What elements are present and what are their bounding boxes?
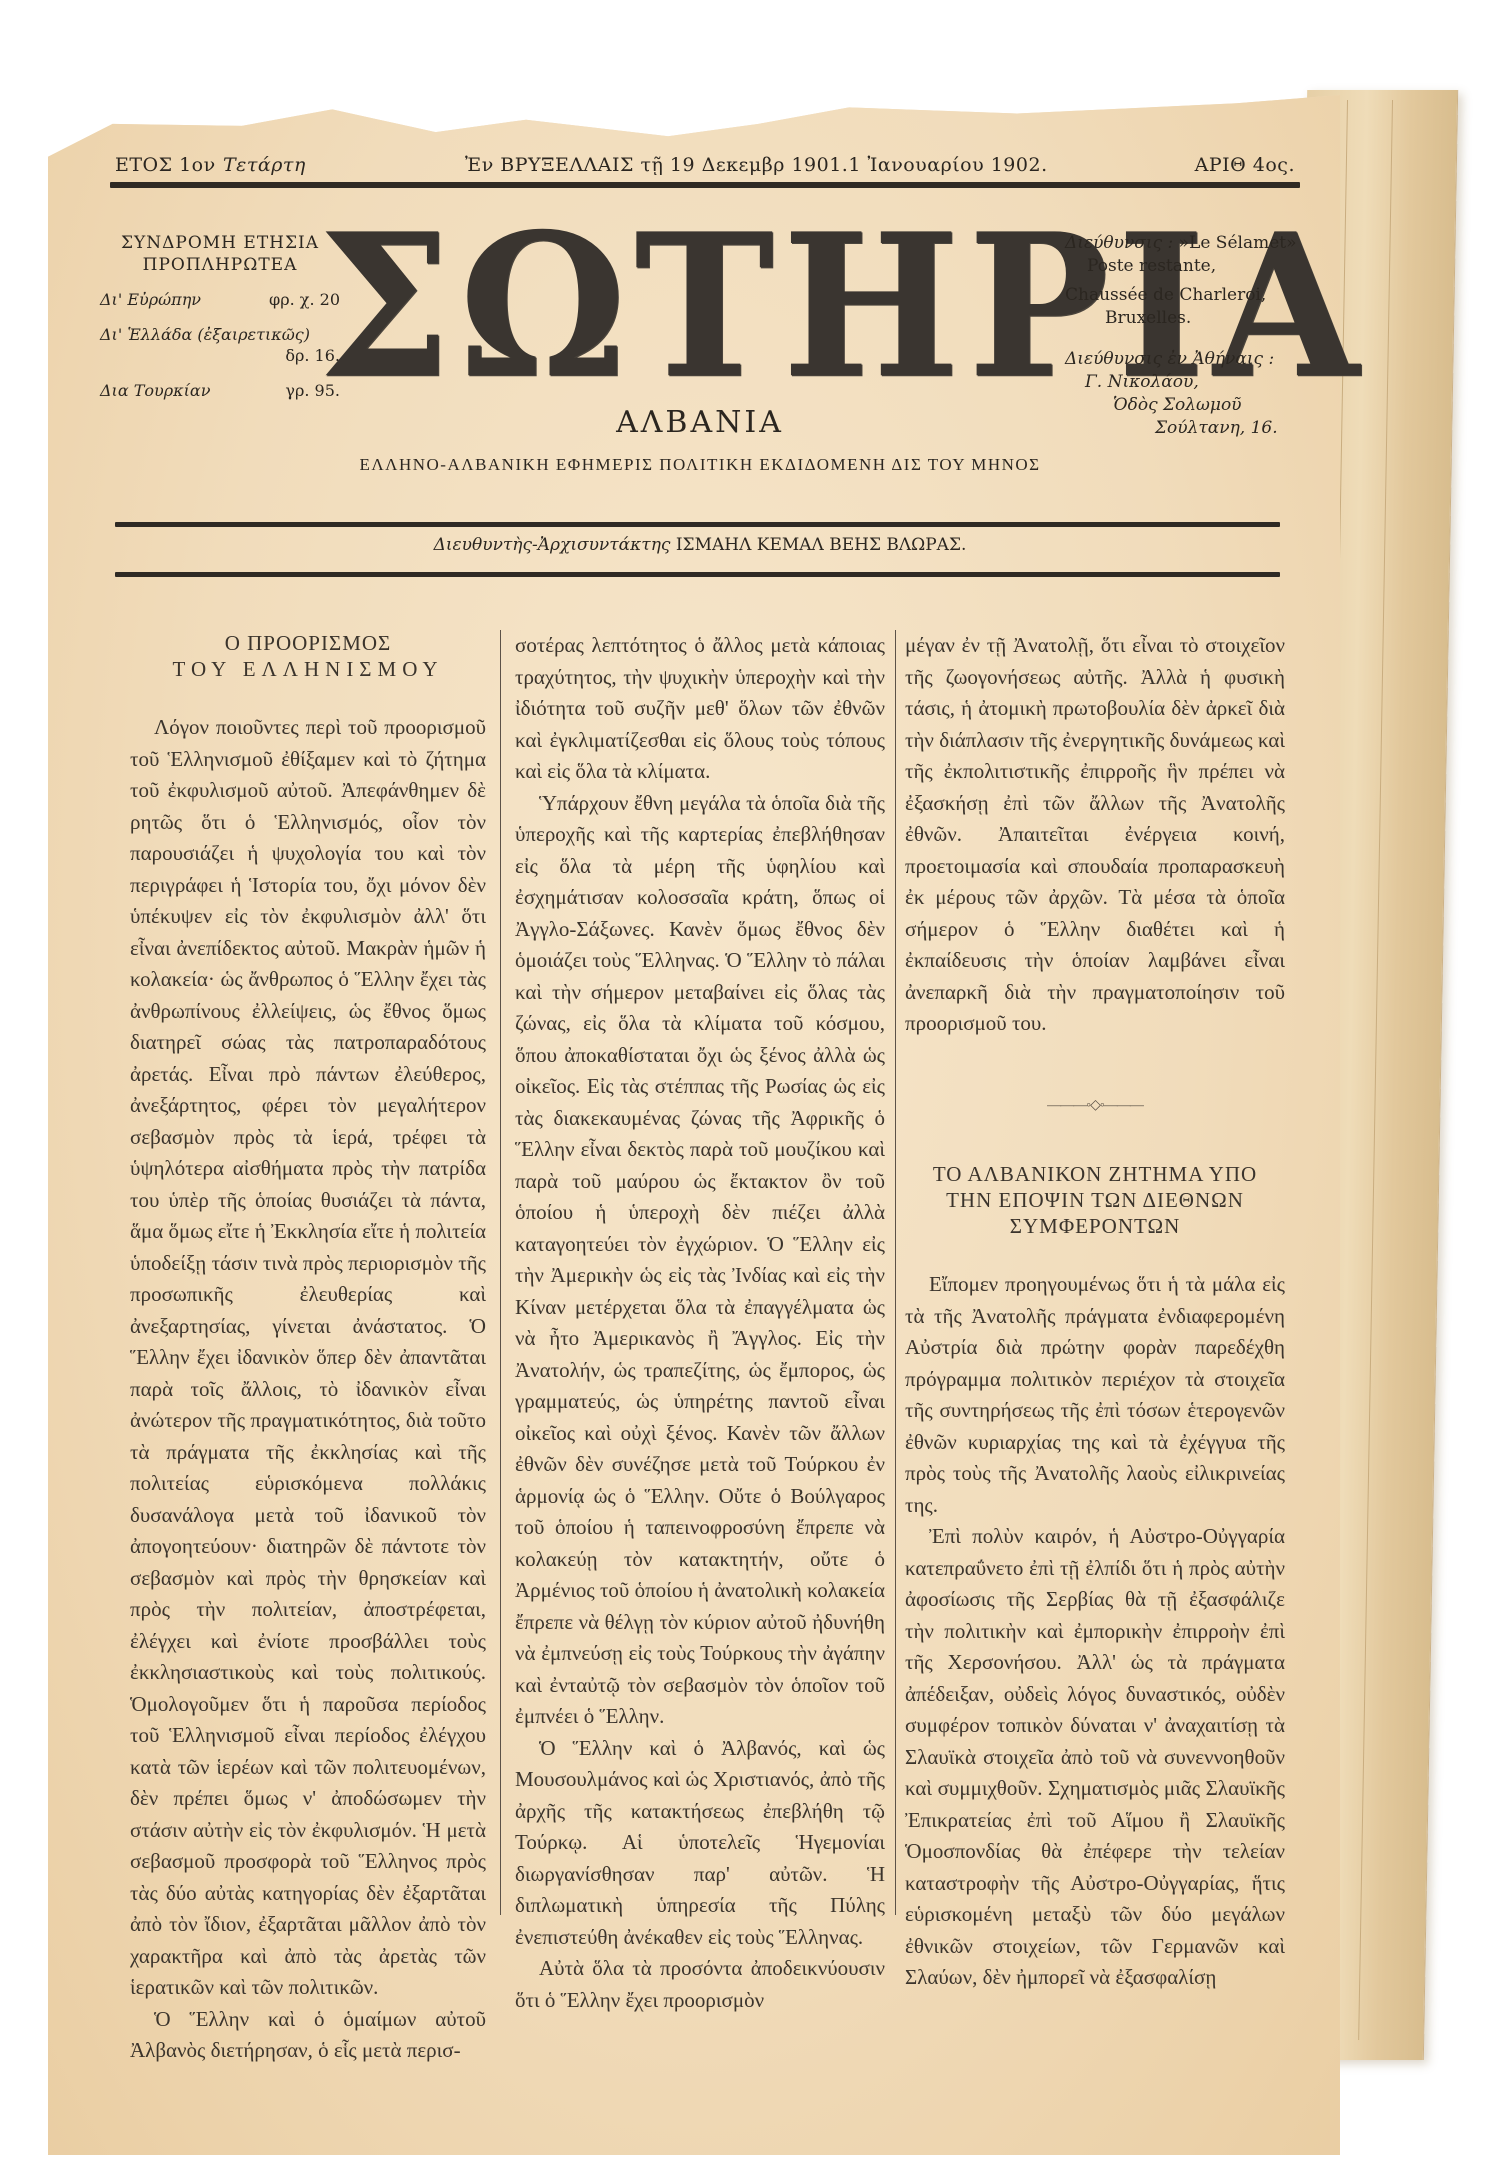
masthead-subtitle: ΑΛΒΑΝΙΑ — [300, 405, 1100, 440]
dateline: ΕΤΟΣ 1ον Τετάρτη Ἐν ΒΡΥΞΕΛΛΑΙΣ τῇ 19 Δεκ… — [115, 150, 1295, 178]
place-date: Ἐν ΒΡΥΞΕΛΛΑΙΣ τῇ 19 Δεκεμβρ 1901.1 Ἰανου… — [465, 154, 1048, 176]
column-divider — [895, 630, 896, 1915]
article-title: ΤΟ ΑΛΒΑΝΙΚΟΝ ΖΗΤΗΜΑ ΥΠΟ ΤΗΝ ΕΠΟΨΙΝ ΤΩΝ Δ… — [905, 1161, 1285, 1239]
rule-below-editor — [115, 572, 1280, 577]
ornament-divider-icon: ———◦◇◦——— — [905, 1090, 1285, 1122]
column-2: σοτέρας λεπτότητος ὁ ἄλλος μετὰ κάποιας … — [515, 630, 885, 2016]
subscription-prepaid: ΠΡΟΠΛΗΡΩΤΕΑ — [100, 254, 340, 276]
subscription-row: Δια Τουρκίαν γρ. 95. — [100, 381, 340, 402]
column-3: μέγαν ἐν τῇ Ἀνατολῇ, ὅτι εἶναι τὸ στοιχε… — [905, 630, 1285, 1994]
athens-address-line: Ὁδὸς Σολωμοῦ — [1065, 394, 1305, 417]
paragraph: Λόγον ποιοῦντες περὶ τοῦ προορισμοῦ τοῦ … — [130, 712, 486, 2004]
subscription-heading: ΣΥΝΔΡΟΜΗ ΕΤΗΣΙΑ — [100, 232, 340, 254]
paragraph: σοτέρας λεπτότητος ὁ ἄλλος μετὰ κάποιας … — [515, 630, 885, 788]
masthead-tagline: ΕΛΛΗΝΟ-ΑΛΒΑΝΙΚΗ ΕΦΗΜΕΡΙΣ ΠΟΛΙΤΙΚΗ ΕΚΔΙΔΟ… — [200, 455, 1200, 475]
issue-number: ΑΡΙΘ 4ος. — [1195, 154, 1295, 176]
masthead-title: ΣΩΤΗΡΙΑ — [318, 228, 1058, 386]
editor-role: Διευθυντὴς-Ἀρχισυντάκτης — [434, 535, 671, 555]
top-rule — [110, 182, 1300, 188]
article-title: Ο ΠΡΟΟΡΙΣΜΟΣ ΤΟΥ ΕΛΛΗΝΙΣΜΟΥ — [130, 630, 486, 682]
paragraph: Ὁ Ἕλλην καὶ ὁ Ἀλβανός, καὶ ὡς Μουσουλμάν… — [515, 1733, 885, 1954]
paragraph: Ὑπάρχουν ἔθνη μεγάλα τὰ ὁποῖα διὰ τῆς ὑπ… — [515, 788, 885, 1733]
subscription-row: Δι' Εὐρώπην φρ. χ. 20 — [100, 290, 340, 311]
paragraph: μέγαν ἐν τῇ Ἀνατολῇ, ὅτι εἶναι τὸ στοιχε… — [905, 630, 1285, 1040]
editor-name: ΙΣΜΑΗΛ ΚΕΜΑΛ ΒΕΗΣ ΒΛΩΡΑΣ. — [676, 535, 967, 555]
year-label: ΕΤΟΣ 1ον — [115, 154, 216, 176]
athens-address-label: Διεύθυνσις ἐν Ἀθήναις : — [1065, 348, 1305, 371]
athens-address-line: Γ. Νικολάου, — [1065, 371, 1305, 394]
subscription-box: ΣΥΝΔΡΟΜΗ ΕΤΗΣΙΑ ΠΡΟΠΛΗΡΩΤΕΑ Δι' Εὐρώπην … — [100, 232, 340, 401]
address-box: Διεύθυνσις : »Le Sélamet» Poste restante… — [1065, 232, 1305, 440]
address-line: Poste restante, — [1065, 255, 1305, 278]
athens-address-line: Σούλτανη, 16. — [1065, 417, 1305, 440]
address-line: Chaussée de Charleroi, — [1065, 284, 1305, 307]
article-columns: Ο ΠΡΟΟΡΙΣΜΟΣ ΤΟΥ ΕΛΛΗΝΙΣΜΟΥ Λόγον ποιοῦν… — [130, 630, 1300, 1910]
paragraph: Ὁ Ἕλλην καὶ ὁ ὁμαίμων αὐτοῦ Ἀλβανὸς διετ… — [130, 2004, 486, 2067]
rule-above-editor — [115, 522, 1280, 527]
address-name: »Le Sélamet» — [1179, 233, 1297, 253]
column-1: Ο ΠΡΟΟΡΙΣΜΟΣ ΤΟΥ ΕΛΛΗΝΙΣΜΟΥ Λόγον ποιοῦν… — [130, 630, 486, 2067]
weekday-label: Τετάρτη — [223, 154, 306, 176]
paragraph: Αὐτὰ ὅλα τὰ προσόντα ἀποδεικνύουσιν ὅτι … — [515, 1953, 885, 2016]
editor-line: Διευθυντὴς-Ἀρχισυντάκτης ΙΣΜΑΗΛ ΚΕΜΑΛ ΒΕ… — [200, 535, 1200, 555]
paragraph: Εἴπομεν προηγουμένως ὅτι ἡ τὰ μάλα εἰς τ… — [905, 1269, 1285, 1521]
column-divider — [500, 630, 501, 1915]
paragraph: Ἐπὶ πολὺν καιρόν, ἡ Αὐστρο-Οὐγγαρία κατε… — [905, 1521, 1285, 1994]
subscription-row: Δι' Ἑλλάδα (ἐξαιρετικῶς) δρ. 16. — [100, 325, 340, 367]
address-label: Διεύθυνσις : — [1065, 233, 1173, 253]
address-line: Bruxelles. — [1065, 307, 1305, 330]
